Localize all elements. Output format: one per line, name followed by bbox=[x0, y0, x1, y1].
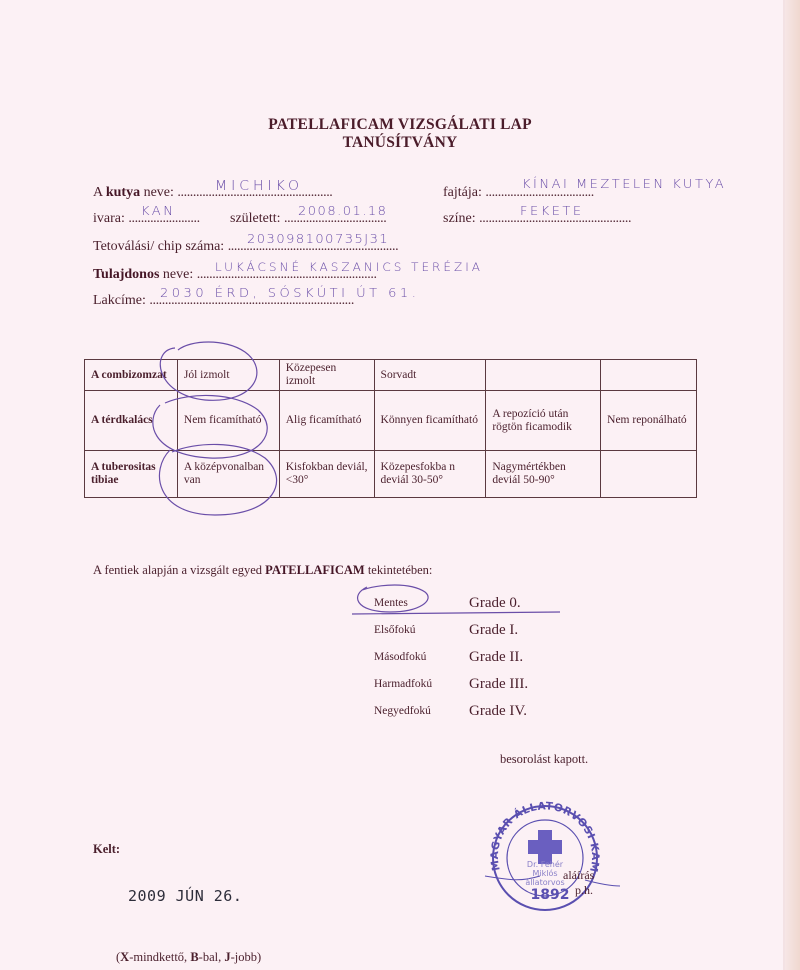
sex-label: ivara: bbox=[93, 211, 128, 226]
conclusion-sentence: A fentiek alapján a vizsgált egyed PATEL… bbox=[93, 563, 432, 578]
legend: (X-mindkettő, B-bal, J-jobb) bbox=[116, 950, 261, 965]
ph-label: p.h. bbox=[575, 883, 593, 897]
owner-value: LUKÁCSNÉ KASZANICS TERÉZIA bbox=[215, 260, 483, 273]
table-cell: A középvonalban van bbox=[177, 451, 279, 498]
dog-name-value: MICHIKO bbox=[215, 178, 303, 193]
grade-value: Grade 0. bbox=[469, 595, 521, 612]
document-title: PATELLAFICAM VIZSGÁLATI LAP bbox=[0, 116, 800, 134]
grade-label: Másodfokú bbox=[374, 651, 426, 663]
color-value: FEKETE bbox=[520, 204, 584, 218]
dog-name-suffix: neve: bbox=[140, 185, 177, 200]
signature-label: aláírás bbox=[563, 868, 595, 882]
grade-value: Grade I. bbox=[469, 622, 518, 639]
table-cell: Nagymértékben deviál 50-90° bbox=[486, 451, 601, 498]
legend-key: B bbox=[190, 950, 198, 964]
legend-key: X bbox=[120, 950, 129, 964]
sex-value: KAN bbox=[141, 204, 175, 218]
table-cell bbox=[601, 451, 697, 498]
conclusion-bold: PATELLAFICAM bbox=[265, 563, 365, 577]
evaluation-table: A combizomzat Jól izmolt Közepesen izmol… bbox=[84, 359, 697, 498]
table-cell: Közepesen izmolt bbox=[279, 360, 374, 391]
owner-label-suffix: neve: bbox=[159, 267, 196, 282]
table-cell: A repozíció után rögtön ficamodik bbox=[486, 391, 601, 451]
conclusion-suffix: tekintetében: bbox=[365, 563, 433, 577]
document-subtitle: TANÚSÍTVÁNY bbox=[0, 134, 800, 152]
row-header: A térdkalács bbox=[85, 391, 178, 451]
table-cell bbox=[601, 360, 697, 391]
legend-text: -mindkettő, bbox=[129, 950, 190, 964]
chip-label: Tetoválási/ chip száma: bbox=[93, 239, 228, 254]
date-label: Kelt: bbox=[93, 842, 120, 857]
grade-value: Grade II. bbox=[469, 649, 523, 666]
stamp-name-1: Dr. Fehér bbox=[527, 859, 564, 869]
dog-name-bold: kutya bbox=[106, 185, 140, 200]
born-label: született: bbox=[230, 211, 284, 226]
address-label: Lakcíme: bbox=[93, 293, 149, 308]
stamp-name-3: állatorvos bbox=[525, 878, 564, 887]
table-row-tuberositas: A tuberositas tibiae A középvonalban van… bbox=[85, 451, 697, 498]
table-cell: Sorvadt bbox=[374, 360, 486, 391]
table-cell bbox=[486, 360, 601, 391]
breed-label: fajtája: bbox=[443, 185, 485, 200]
cross-icon bbox=[528, 830, 562, 864]
table-cell: Nem ficamítható bbox=[177, 391, 279, 451]
table-cell: Jól izmolt bbox=[177, 360, 279, 391]
grade-label: Negyedfokú bbox=[374, 705, 431, 717]
breed-value: KÍNAI MEZTELEN KUTYA bbox=[522, 177, 726, 191]
grade-value: Grade III. bbox=[469, 676, 528, 693]
grade-label: Harmadfokú bbox=[374, 678, 432, 690]
owner-label-bold: Tulajdonos bbox=[93, 267, 159, 282]
born-value: 2008.01.18 bbox=[298, 204, 387, 218]
result-text: besorolást kapott. bbox=[500, 752, 588, 767]
underline-grade-0 bbox=[352, 612, 560, 614]
table-row-patella: A térdkalács Nem ficamítható Alig ficamí… bbox=[85, 391, 697, 451]
chip-value: 203098100735J31 bbox=[247, 232, 389, 246]
address-value: 2030 ÉRD, SÓSKÚTI ÚT 61. bbox=[160, 286, 419, 300]
vet-chamber-stamp bbox=[485, 806, 620, 910]
legend-text: -bal, bbox=[199, 950, 225, 964]
row-header: A tuberositas tibiae bbox=[85, 451, 178, 498]
grade-value: Grade IV. bbox=[469, 703, 527, 720]
table-cell: Közepesfokba n deviál 30-50° bbox=[374, 451, 486, 498]
color-label: színe: bbox=[443, 211, 479, 226]
stamp-name-2: Miklós bbox=[532, 868, 557, 878]
grade-label: Elsőfokú bbox=[374, 624, 416, 636]
table-row-thigh-muscle: A combizomzat Jól izmolt Közepesen izmol… bbox=[85, 360, 697, 391]
conclusion-prefix: A fentiek alapján a vizsgált egyed bbox=[93, 563, 265, 577]
stamp-year: 1892 bbox=[531, 887, 570, 903]
date-stamp: 2009 JÚN 26. bbox=[128, 887, 242, 905]
row-header: A combizomzat bbox=[85, 360, 178, 391]
table-cell: Könnyen ficamítható bbox=[374, 391, 486, 451]
table-cell: Alig ficamítható bbox=[279, 391, 374, 451]
table-cell: Nem reponálható bbox=[601, 391, 697, 451]
table-cell: Kisfokban deviál, <30° bbox=[279, 451, 374, 498]
legend-text: -jobb) bbox=[231, 950, 262, 964]
dog-name-prefix: A bbox=[93, 185, 106, 200]
grade-label: Mentes bbox=[374, 597, 408, 609]
